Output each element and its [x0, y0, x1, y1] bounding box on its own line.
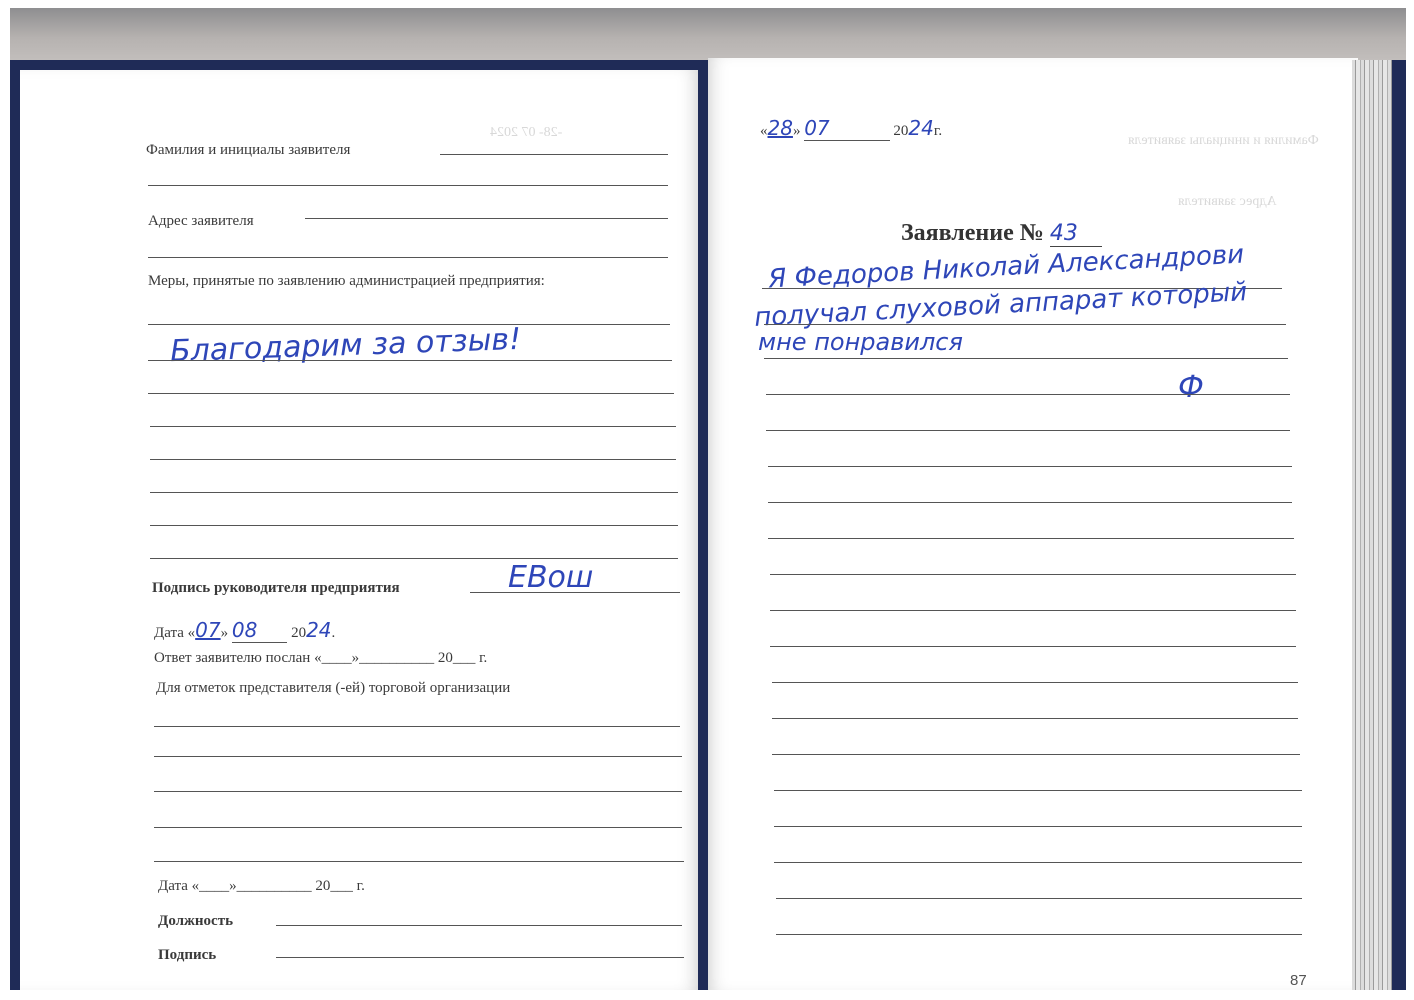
- statement-line-3: мне понравился: [758, 328, 963, 356]
- bleed-through-text: Фамилия и инициалы заявителя: [1128, 133, 1319, 149]
- left-page: -28- 07 2024 Фамилия и инициалы заявител…: [20, 70, 698, 990]
- signature-line: [276, 957, 684, 958]
- statement-rule-8: [768, 538, 1294, 539]
- date-year: 24: [306, 618, 331, 642]
- trade-org-line-2: [154, 756, 682, 757]
- statement-rule-16: [774, 826, 1302, 827]
- statement-rule-17: [774, 862, 1302, 863]
- date2-label: Дата «____»__________ 20___ г.: [158, 878, 365, 895]
- measures-label: Меры, принятые по заявлению администраци…: [148, 273, 545, 290]
- measures-line-7: [150, 525, 678, 526]
- date-close: »: [793, 123, 801, 139]
- statement-title-text: Заявление №: [901, 220, 1044, 246]
- statement-rule-9: [770, 574, 1296, 575]
- statement-rule-19: [776, 934, 1302, 935]
- measures-line-5: [150, 459, 676, 460]
- date-suffix: г.: [934, 123, 942, 139]
- statement-rule-12: [772, 682, 1298, 683]
- statement-rule-11: [770, 646, 1296, 647]
- date-year-prefix: 20: [893, 123, 908, 139]
- date-month: 07: [804, 116, 889, 141]
- date-year-prefix: 20: [291, 625, 306, 641]
- statement-rule-5: [766, 430, 1290, 431]
- applicant-address-line-2: [148, 257, 668, 258]
- measures-line-4: [150, 426, 676, 427]
- applicant-name-line-2: [148, 185, 668, 186]
- applicant-name-label: Фамилия и инициалы заявителя: [146, 142, 350, 159]
- statement-rule-18: [776, 898, 1302, 899]
- position-label: Должность: [158, 913, 233, 930]
- date-open: «: [760, 123, 768, 139]
- date-year: 24: [908, 116, 933, 140]
- date-end: .: [332, 625, 336, 641]
- bleed-through-text: Адрес заявителя: [1178, 194, 1277, 210]
- statement-rule-2: [764, 324, 1286, 325]
- trade-org-line-3: [154, 791, 682, 792]
- applicant-name-line: [440, 154, 668, 155]
- manager-signature-label: Подпись руководителя предприятия: [152, 580, 400, 597]
- statement-rule-15: [774, 790, 1302, 791]
- date-mid: »: [221, 625, 229, 641]
- measures-line-3: [148, 393, 674, 394]
- measures-line-8: [150, 558, 678, 559]
- applicant-signature: Ф: [1178, 370, 1204, 405]
- page-edges: [1352, 60, 1392, 990]
- date-day: 07: [195, 618, 220, 642]
- trade-org-line-5: [154, 861, 684, 862]
- manager-signature: ЕВош: [508, 560, 593, 595]
- statement-date: «28» 07 2024г.: [760, 116, 942, 140]
- measures-handwritten: Благодарим за отзыв!: [169, 322, 521, 369]
- reply-sent-label: Ответ заявителю послан «____»__________ …: [154, 650, 487, 667]
- page-number: 87: [1290, 972, 1307, 989]
- signature-label: Подпись: [158, 947, 216, 964]
- trade-org-label: Для отметок представителя (-ей) торговой…: [156, 680, 510, 697]
- statement-rule-7: [768, 502, 1292, 503]
- trade-org-line-4: [154, 827, 682, 828]
- date-day: 28: [768, 116, 793, 140]
- applicant-address-label: Адрес заявителя: [148, 213, 254, 230]
- statement-rule-6: [768, 466, 1292, 467]
- right-page: Фамилия и инициалы заявителя Адрес заяви…: [708, 58, 1358, 990]
- statement-rule-4: [766, 394, 1290, 395]
- decision-date: Дата «07» 08 2024.: [154, 618, 335, 642]
- trade-org-line-1: [154, 726, 680, 727]
- statement-title: Заявление № 43: [901, 220, 1102, 247]
- statement-rule-14: [772, 754, 1300, 755]
- applicant-address-line: [305, 218, 668, 219]
- position-line: [276, 925, 682, 926]
- date-month: 08: [232, 618, 287, 643]
- bleed-through-text: -28- 07 2024: [490, 125, 562, 141]
- statement-rule-3: [764, 358, 1288, 359]
- statement-number: 43: [1050, 221, 1102, 247]
- statement-rule-10: [770, 610, 1296, 611]
- statement-rule-13: [772, 718, 1298, 719]
- measures-line-6: [150, 492, 678, 493]
- measures-line-2: [148, 360, 672, 361]
- date-prefix: Дата «: [154, 625, 195, 641]
